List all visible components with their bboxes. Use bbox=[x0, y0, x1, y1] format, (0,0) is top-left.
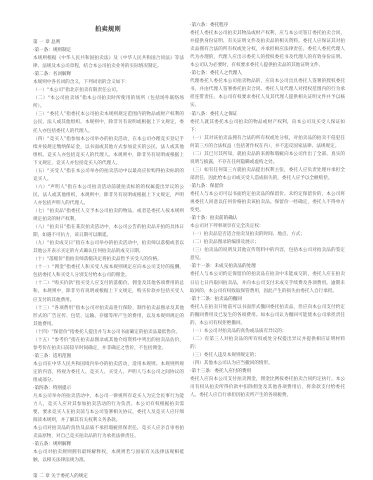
paragraph: 委托人就其委托本公司拍卖的物品或财产权利，向本公司及买受人保证如下： bbox=[190, 119, 345, 135]
paragraph: （四）“竞买人”指参加本公司举办的拍卖活动，在本公司办理竞买登记手续并按规定缴纳… bbox=[33, 136, 184, 168]
document-page: 拍卖规则 第 一 章 总则·第一条：规则制定本规则根据《中华人民共和国拍卖法》及… bbox=[0, 0, 373, 480]
article-heading: ·第三条：适用范围 bbox=[33, 353, 184, 361]
paragraph: （二）“本公司拍卖场”指本公司拍卖时所使用的场所（包括场外联络场所）。 bbox=[33, 95, 184, 111]
document-title: 拍卖规则 bbox=[33, 24, 183, 33]
article-heading: ·第十二条：拍卖品的撤回 bbox=[190, 296, 345, 304]
article-heading: ·第七条：委托人之代理人 bbox=[190, 70, 345, 78]
paragraph: （三）“委托人”指委托本公司拍卖本规则规定范围内的物品或财产权利的公民、法人或其… bbox=[33, 111, 184, 135]
paragraph: （三）如有任何第三方就拍卖品提出权利主张，委托人应负责处理并承担全部责任，因此给… bbox=[190, 167, 345, 183]
paragraph: 委托人委托本公司拍卖其物品或财产权利，应与本公司签订委托拍卖合同，并提供身份证明… bbox=[190, 30, 345, 70]
article-heading: ·第十一条：未成交拍卖品的处理 bbox=[190, 263, 345, 271]
paragraph: 委托人在拍卖开始前可以书面形式撤回委托拍卖品，但应向本公司支付约定的撤回费用及已… bbox=[190, 304, 345, 328]
paragraph: （一）“本公司”指北京拍卖有限责任公司。 bbox=[33, 87, 184, 95]
paragraph: （六）“声明人”指在本公司拍卖活动前就拍卖标的的权属提出异议的公民、法人或其他组… bbox=[33, 184, 184, 208]
article-heading: 第 一 章 总则 bbox=[33, 39, 184, 47]
paragraph: （三）委托人违反本规则规定的； bbox=[190, 352, 345, 360]
article-heading: ·第九条：保留价 bbox=[190, 183, 345, 191]
paragraph: （一）其对该拍卖品拥有合法的所有权或处分权，对拍卖品的拍卖不侵犯任何第三方的合法… bbox=[190, 135, 345, 151]
paragraph: （二）其已尽其所知，就拍卖品的来源和瑕疵向本公司作出了全部、真实的说明与披露，不… bbox=[190, 151, 345, 167]
paragraph: （七）“拍卖品”指委托人交予本公司拍卖的物品，或者是委托人按本规则规定拍卖的财产… bbox=[33, 208, 184, 224]
article-heading: ·第八条：委托人之保证 bbox=[190, 111, 345, 119]
paragraph: 委托人与本公司约定保留价的拍卖品在拍卖中未能成交的，委托人应在拍卖日后七日内取回… bbox=[190, 271, 345, 295]
paragraph: 本公司对拍卖规则拥有最终解释权，本规则若与国家有关法律法规相抵触，以相关法律法规… bbox=[33, 449, 184, 465]
article-heading: ·第二条：名词解释 bbox=[33, 71, 184, 79]
paragraph: （十五）“参考价”指在拍卖品图录或其他介绍资料中列出的拍卖品估价，参考价在拍卖日… bbox=[33, 337, 184, 353]
paragraph: （二）拍卖品图录的编排及展示； bbox=[190, 239, 345, 247]
paragraph: 本公司在中华人民共和国境内举办的拍卖活动，适用本规则。本规则所规定的内容，将视为… bbox=[33, 361, 184, 385]
paragraph: （十二）“购买价款”指买受人应支付的落槌价、佣金及其他各项费用的总和，本规则中，… bbox=[33, 280, 184, 304]
paragraph: （三）拍卖品的说明及其他宣传资料中的内容，包括本公司对拍卖品的鉴定意见。 bbox=[190, 247, 345, 263]
left-column: 第 一 章 总则·第一条：规则制定本规则根据《中华人民共和国拍卖法》及《中华人民… bbox=[33, 39, 184, 480]
spacer bbox=[33, 465, 184, 473]
paragraph: 本规则根据《中华人民共和国拍卖法》及《中华人民共和国合同法》等法律、法规及本公司… bbox=[33, 55, 184, 71]
paragraph: （四）其他本公司认为应当撤回的情形。 bbox=[190, 360, 345, 368]
paragraph: 本公司对下列事项享有完全决定权： bbox=[190, 223, 345, 231]
paragraph: （二）有第三人对拍卖品的所有权或处分权提出异议并提供相应证明材料的； bbox=[190, 336, 345, 352]
paragraph: 代理委托人委托本公司拍卖物品的，应向本公司出具委托人签署的授权委托书，并由代理人… bbox=[190, 78, 345, 110]
paragraph: 委托人应向本公司支付拍卖佣金，佣金比例按委托拍卖合同约定执行。本公司有权从拍卖所… bbox=[190, 376, 345, 400]
paragraph: （十）“落槌价”指拍卖师落槌决定将拍卖品售予买受人的价格。 bbox=[33, 256, 184, 264]
paragraph: （十三）“各项费用”指本公司对拍卖品进行保险、制作拍卖品图录及其他形式的广告宣传… bbox=[33, 305, 184, 329]
article-heading: ·第五条：规则解释 bbox=[33, 441, 184, 449]
article-heading: ·第十三条：委托人应付的费用 bbox=[190, 368, 345, 376]
article-heading: ·第十条：拍卖前的确认 bbox=[190, 215, 345, 223]
article-heading: ·第一条：规则制定 bbox=[33, 47, 184, 55]
paragraph: （一）拍卖品是否适合拍卖及拍卖的时间、地点、方式； bbox=[190, 231, 345, 239]
article-heading: ·第六条：委托程序 bbox=[190, 22, 345, 30]
article-heading: ·第四条：特别提示 bbox=[33, 385, 184, 393]
paragraph: （九）“拍卖成交日”指在本公司举办的拍卖活动中，拍卖师以落槌或者以其他公开表示买… bbox=[33, 240, 184, 256]
paragraph: 委托人与本公司可以书面约定拍卖品的保留价。未约定保留价的，本公司将视委托人同意以… bbox=[190, 191, 345, 215]
paragraph: 本公司对拍卖品的真伪及品质不承担瑕疵担保责任，竞买人应亲自审看拍卖品原物，对自己… bbox=[33, 425, 184, 441]
paragraph: 本规则中各名词的含义，下列词语的含义如下： bbox=[33, 79, 184, 87]
paragraph: （十四）“保留价”指委托人提出并与本公司书面确定的拍卖品最低售价。 bbox=[33, 329, 184, 337]
paragraph: （一）本公司对拍卖品的真伪或品质有异议的； bbox=[190, 328, 345, 336]
paragraph: 凡本公司举办的拍卖活动中，本公司一律视所有竞买人为完全民事行为能力人，竞买人应对… bbox=[33, 393, 184, 425]
chapter-heading: 第 二 章 关于委托人的规定 bbox=[33, 473, 184, 480]
paragraph: （八）“拍卖日”指在某次拍卖活动中，本公司公告的拍卖品开拍的具体日期，如遇不可抗… bbox=[33, 224, 184, 240]
paragraph: （五）“买受人”指在本公司举办的拍卖活动中以最高应价购得拍卖标的的竞买人。 bbox=[33, 168, 184, 184]
right-column: ·第六条：委托程序委托人委托本公司拍卖其物品或财产权利，应与本公司签订委托拍卖合… bbox=[190, 22, 345, 400]
paragraph: （十一）“佣金”指委托人和买受人按本规则规定应向本公司支付的报酬，包括委托人和买… bbox=[33, 264, 184, 280]
